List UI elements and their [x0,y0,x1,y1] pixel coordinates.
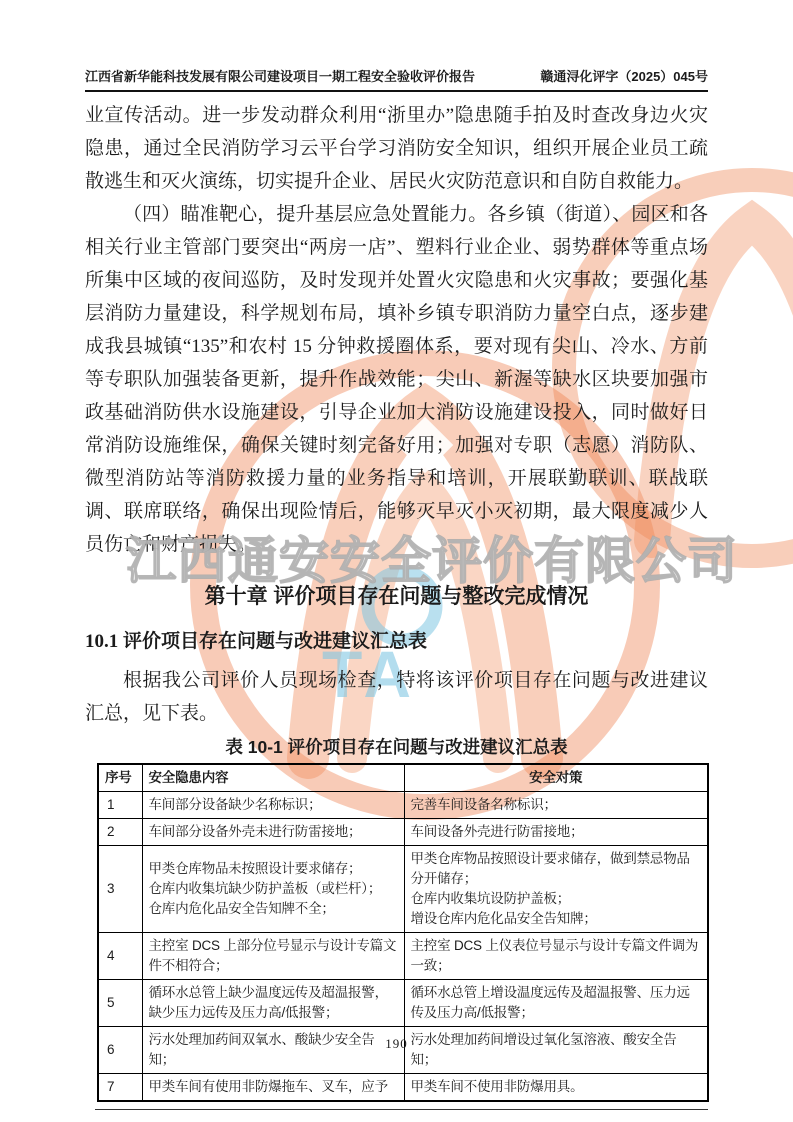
paragraph-continuation: 业宣传活动。进一步发动群众利用“浙里办”隐患随手拍及时查改身边火灾隐患，通过全民… [85,99,708,198]
measure-cell: 主控室 DCS 上仪表位号显示与设计专篇文件调为一致； [404,933,708,980]
hazard-cell: 车间部分设备缺少名称标识； [142,792,404,819]
hazard-cell: 甲类仓库物品未按照设计要求储存； 仓库内收集坑缺少防护盖板（或栏杆）； 仓库内危… [142,846,404,933]
col-header-measure: 安全对策 [404,764,708,792]
header-doc-number: 赣通浔化评字（2025）045号 [540,66,708,85]
page-number: 190 [0,1036,793,1052]
col-header-hazard: 安全隐患内容 [142,764,404,792]
table-row: 4 主控室 DCS 上部分位号显示与设计专篇文件不相符合； 主控室 DCS 上仪… [98,933,708,980]
paragraph-item-four: （四）瞄准靶心，提升基层应急处置能力。各乡镇（街道）、园区和各相关行业主管部门要… [85,198,708,561]
table-row: 2 车间部分设备外壳未进行防雷接地； 车间设备外壳进行防雷接地； [98,819,708,846]
hazard-cell: 车间部分设备外壳未进行防雷接地； [142,819,404,846]
row-number: 7 [98,1074,142,1102]
paragraph-intro-table: 根据我公司评价人员现场检查，特将该评价项目存在问题与改进建议汇总，见下表。 [85,664,708,730]
table-header-row: 序号 安全隐患内容 安全对策 [98,764,708,792]
row-number: 3 [98,846,142,933]
table-row: 3 甲类仓库物品未按照设计要求储存； 仓库内收集坑缺少防护盖板（或栏杆）； 仓库… [98,846,708,933]
table-row: 7 甲类车间有使用非防爆拖车、叉车，应予 甲类车间不使用非防爆用具。 [98,1074,708,1102]
hazard-cell: 循环水总管上缺少温度远传及超温报警，缺少压力远传及压力高/低报警； [142,980,404,1027]
chapter-title: 第十章 评价项目存在问题与整改完成情况 [85,582,708,612]
row-number: 2 [98,819,142,846]
measure-cell: 完善车间设备名称标识； [404,792,708,819]
table-row: 1 车间部分设备缺少名称标识； 完善车间设备名称标识； [98,792,708,819]
section-title: 10.1 评价项目存在问题与改进建议汇总表 [85,629,708,655]
header-report-title: 江西省新华能科技发展有限公司建设项目一期工程安全验收评价报告 [85,66,475,85]
document-page: TA 江西省新华能科技发展有限公司建设项目一期工程安全验收评价报告 赣通浔化评字… [0,0,793,1122]
measure-cell: 车间设备外壳进行防雷接地； [404,819,708,846]
row-number: 1 [98,792,142,819]
measure-cell: 循环水总管上增设温度远传及超温报警、压力远传及压力高/低报警； [404,980,708,1027]
hazard-cell: 甲类车间有使用非防爆拖车、叉车，应予 [142,1074,404,1102]
row-number: 5 [98,980,142,1027]
table-bottom-rule [95,1109,708,1110]
measure-cell: 甲类车间不使用非防爆用具。 [404,1074,708,1102]
row-number: 4 [98,933,142,980]
col-header-no: 序号 [98,764,142,792]
running-header: 江西省新华能科技发展有限公司建设项目一期工程安全验收评价报告 赣通浔化评字（20… [85,0,708,92]
table-row: 5 循环水总管上缺少温度远传及超温报警，缺少压力远传及压力高/低报警； 循环水总… [98,980,708,1027]
table-caption: 表 10-1 评价项目存在问题与改进建议汇总表 [85,735,708,759]
measure-cell: 甲类仓库物品按照设计要求储存，做到禁忌物品分开储存； 仓库内收集坑设防护盖板； … [404,846,708,933]
page-content: 江西省新华能科技发展有限公司建设项目一期工程安全验收评价报告 赣通浔化评字（20… [85,0,708,1110]
hazard-cell: 主控室 DCS 上部分位号显示与设计专篇文件不相符合； [142,933,404,980]
